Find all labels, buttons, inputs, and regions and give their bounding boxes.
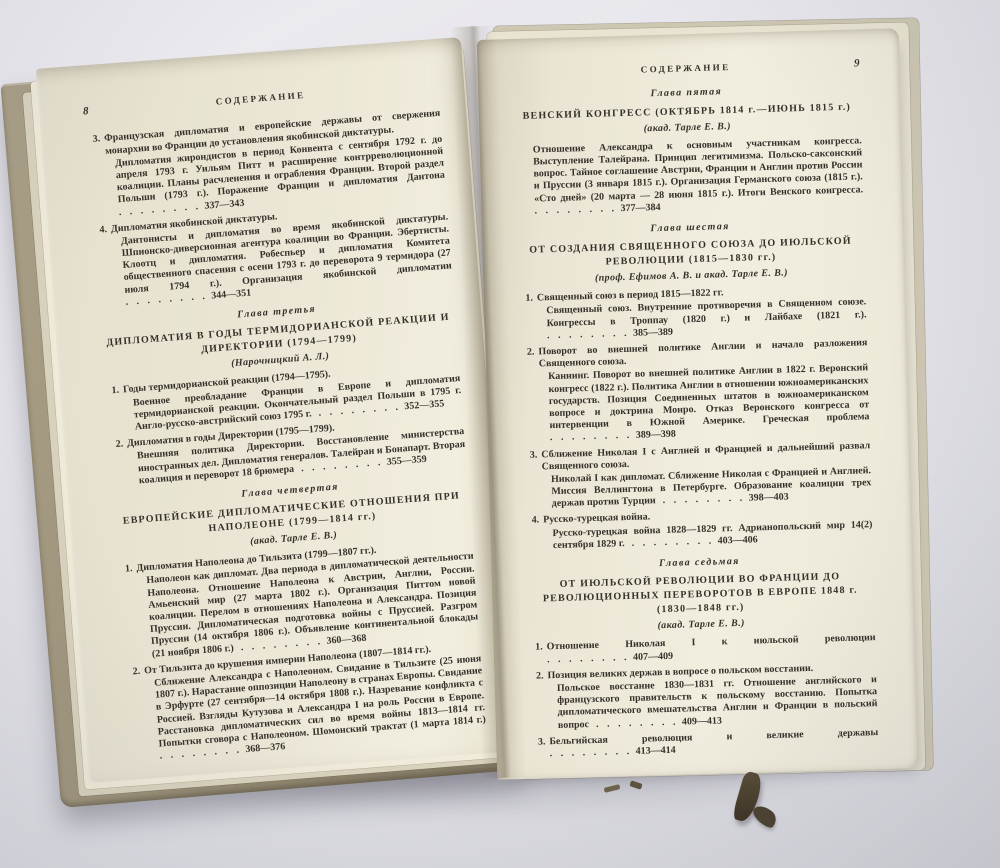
page-range: 352—355 <box>399 398 445 412</box>
entry-detail: Николай I как дипломат. Сближение Никола… <box>542 465 872 511</box>
page-range: 355—359 <box>381 454 427 468</box>
toc-entry: 1. Священный союз в период 1815—1822 гг.… <box>518 284 867 343</box>
page-range: 385—389 <box>628 327 673 339</box>
entry-detail-text: Каннинг. Поворот во внешней политике Анг… <box>548 363 870 432</box>
toc-content-left: 3. Французская дипломатия и европейские … <box>85 108 487 765</box>
leader-dots <box>550 746 631 759</box>
entry-number: 3. <box>530 736 550 761</box>
running-head-right: СОДЕРЖАНИЕ 9 <box>512 57 860 80</box>
page-range: 344—351 <box>206 287 252 301</box>
paragraph-text: Отношение Александра к основным участник… <box>533 135 864 217</box>
toc-entry: 2. Поворот во внешней политике Англии и … <box>519 337 870 445</box>
chapter-title: ОТ ИЮЛЬСКОЙ РЕВОЛЮЦИИ ВО ФРАНЦИИ ДО РЕВО… <box>530 569 871 620</box>
entry-detail: Польское восстание 1830—1831 гг. Отношен… <box>548 674 878 732</box>
page-range: 368—376 <box>240 741 286 755</box>
leader-dots <box>589 716 677 729</box>
page-number: 9 <box>839 57 859 71</box>
page-range: 403—406 <box>713 534 758 546</box>
page-range: 407—409 <box>628 650 673 662</box>
page-range: 337—343 <box>199 197 245 211</box>
entry-title: Бельгийская революция и великие державы4… <box>549 727 879 761</box>
toc-entry: 3. Сближение Николая I с Англией и Франц… <box>522 440 872 512</box>
entry-detail: Священный союз. Внутренние противоречия … <box>537 297 867 343</box>
chapter-heading: Глава шестая ОТ СОЗДАНИЯ СВЯЩЕННОГО СОЮЗ… <box>520 217 862 287</box>
page-number: 8 <box>83 104 104 119</box>
entry-title-text: Отношение Николая I к июльской революции <box>547 633 876 653</box>
leader-dots <box>534 203 615 216</box>
book-photo: 8 СОДЕРЖАНИЕ 3. Французская дипломатия и… <box>0 0 1000 868</box>
entry-number <box>514 144 535 218</box>
leader-dots <box>547 328 628 341</box>
toc-entry: 4. Русско-турецкая война. Русско-турецка… <box>524 506 873 553</box>
running-head-spacer <box>512 76 532 77</box>
running-head-spacer <box>418 88 438 89</box>
page-range: 409—413 <box>677 715 722 727</box>
toc-entry: 2. Позиция великих держав в вопросе о по… <box>528 661 878 733</box>
left-page: 8 СОДЕРЖАНИЕ 3. Французская дипломатия и… <box>36 37 514 783</box>
right-page: СОДЕРЖАНИЕ 9 Глава пятая ВЕНСКИЙ КОНГРЕС… <box>477 28 919 779</box>
page-range: 413—414 <box>631 745 676 757</box>
page-range: 377—384 <box>615 202 660 214</box>
entry-number: 4. <box>524 515 544 553</box>
entry-number: 1. <box>518 293 538 343</box>
leader-dots <box>656 493 744 506</box>
toc-content-right: Глава пятая ВЕНСКИЙ КОНГРЕСС (ОКТЯБРЬ 18… <box>512 83 879 761</box>
chapter-heading: Глава пятая ВЕНСКИЙ КОНГРЕСС (ОКТЯБРЬ 18… <box>516 83 857 139</box>
leader-dots <box>547 652 628 665</box>
running-head-text: СОДЕРЖАНИЕ <box>532 59 840 79</box>
page-range: 389—398 <box>631 429 676 441</box>
chapter-heading: Глава седьмая ОТ ИЮЛЬСКОЙ РЕВОЛЮЦИИ ВО Ф… <box>529 552 871 636</box>
page-range: 360—368 <box>321 632 367 646</box>
running-head-text: СОДЕРЖАНИЕ <box>103 81 419 116</box>
paragraph-text-span: Отношение Александра к основным участник… <box>533 135 864 204</box>
entry-number: 3. <box>522 449 543 511</box>
entry-number: 2. <box>528 670 549 732</box>
toc-paragraph: Отношение Александра к основным участник… <box>514 135 864 218</box>
leader-dots <box>550 430 631 443</box>
entry-detail: Каннинг. Поворот во внешней политике Анг… <box>539 363 870 445</box>
entry-number: 1. <box>528 642 548 667</box>
leader-dots <box>625 535 713 548</box>
toc-entry: 2. От Тильзита до крушения империи Напол… <box>125 640 487 765</box>
page-range: 398—403 <box>744 492 789 504</box>
entry-title: Отношение Николая I к июльской революции… <box>547 633 877 667</box>
toc-entry: 3. Бельгийская революция и великие держа… <box>530 727 879 761</box>
